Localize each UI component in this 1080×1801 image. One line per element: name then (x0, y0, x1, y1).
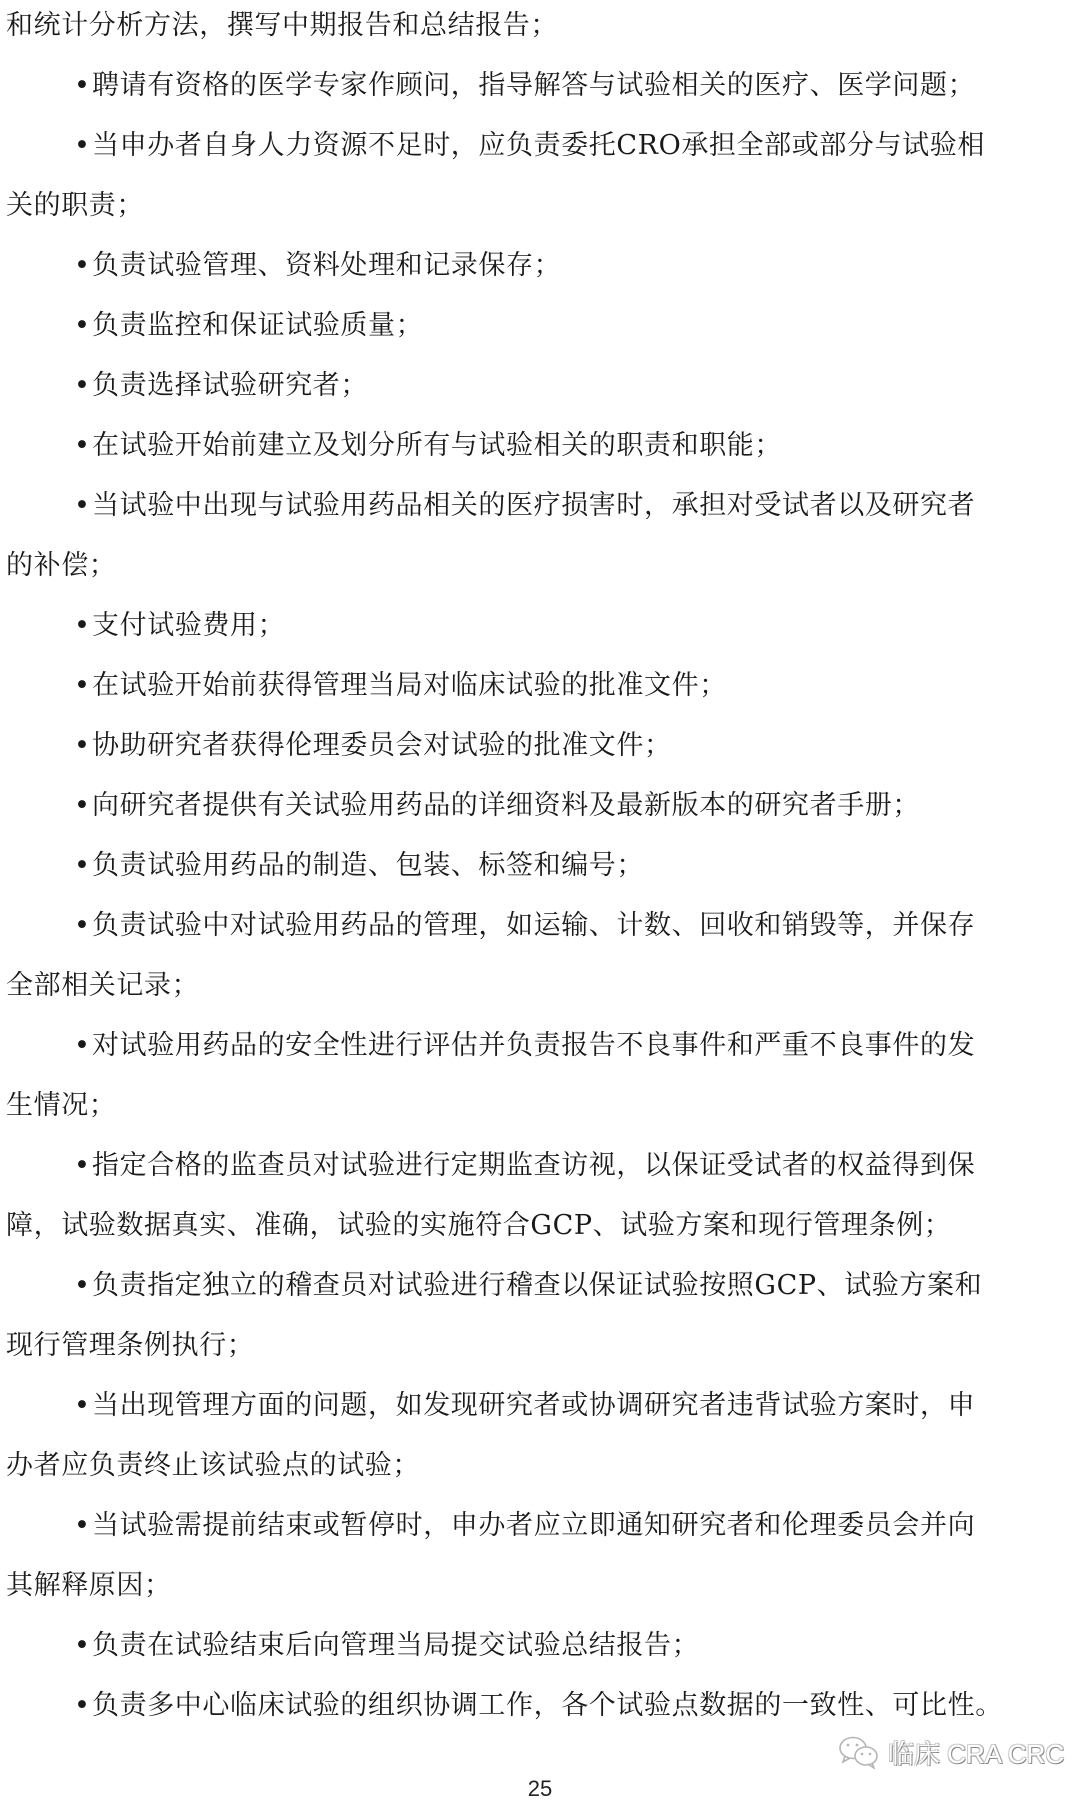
list-item: •协助研究者获得伦理委员会对试验的批准文件； (74, 728, 672, 764)
bullet-icon: • (74, 368, 92, 404)
list-item: •当申办者自身人力资源不足时，应负责委托CRO承担全部或部分与试验相 (74, 128, 985, 164)
line-text: 关的职责； (6, 190, 144, 221)
list-item: •支付试验费用； (74, 608, 285, 644)
list-item: •聘请有资格的医学专家作顾问，指导解答与试验相关的医疗、医学问题； (74, 68, 975, 104)
line-text: 当试验中出现与试验用药品相关的医疗损害时，承担对受试者以及研究者 (92, 490, 975, 521)
line-text: 聘请有资格的医学专家作顾问，指导解答与试验相关的医疗、医学问题； (92, 70, 975, 101)
bullet-icon: • (74, 1688, 92, 1724)
text-line: 障，试验数据真实、准确，试验的实施符合GCP、试验方案和现行管理条例； (6, 1208, 951, 1244)
bullet-icon: • (74, 68, 92, 104)
line-text: 负责多中心临床试验的组织协调工作，各个试验点数据的一致性、可比性。 (92, 1690, 1003, 1721)
line-text: 的补偿； (6, 550, 116, 581)
list-item: •向研究者提供有关试验用药品的详细资料及最新版本的研究者手册； (74, 788, 920, 824)
bullet-icon: • (74, 788, 92, 824)
text-line: 办者应负责终止该试验点的试验； (6, 1448, 420, 1484)
watermark-label: 临床 CRA CRC (888, 1734, 1064, 1771)
line-text: 负责选择试验研究者； (92, 370, 368, 401)
line-text: 指定合格的监查员对试验进行定期监查访视，以保证受试者的权益得到保 (92, 1150, 975, 1181)
wechat-icon (838, 1735, 880, 1769)
line-text: 负责监控和保证试验质量； (92, 310, 423, 341)
text-line: 其解释原因； (6, 1568, 172, 1604)
line-text: 负责指定独立的稽查员对试验进行稽查以保证试验按照GCP、试验方案和 (92, 1270, 982, 1301)
list-item: •负责试验管理、资料处理和记录保存； (74, 248, 561, 284)
list-item: •在试验开始前建立及划分所有与试验相关的职责和职能； (74, 428, 782, 464)
text-line: 现行管理条例执行； (6, 1328, 254, 1364)
line-text: 负责试验中对试验用药品的管理，如运输、计数、回收和销毁等，并保存 (92, 910, 975, 941)
bullet-icon: • (74, 428, 92, 464)
line-text: 负责试验用药品的制造、包装、标签和编号； (92, 850, 644, 881)
line-text: 生情况； (6, 1090, 116, 1121)
document-page: 和统计分析方法，撰写中期报告和总结报告；•聘请有资格的医学专家作顾问，指导解答与… (0, 0, 1080, 1801)
bullet-icon: • (74, 1388, 92, 1424)
bullet-icon: • (74, 728, 92, 764)
text-line: 和统计分析方法，撰写中期报告和总结报告； (6, 8, 558, 44)
bullet-icon: • (74, 1628, 92, 1664)
line-text: 当试验需提前结束或暂停时，申办者应立即通知研究者和伦理委员会并向 (92, 1510, 975, 1541)
list-item: •当试验中出现与试验用药品相关的医疗损害时，承担对受试者以及研究者 (74, 488, 975, 524)
line-text: 障，试验数据真实、准确，试验的实施符合GCP、试验方案和现行管理条例； (6, 1210, 951, 1241)
line-text: 支付试验费用； (92, 610, 285, 641)
line-text: 现行管理条例执行； (6, 1330, 254, 1361)
list-item: •负责选择试验研究者； (74, 368, 368, 404)
bullet-icon: • (74, 248, 92, 284)
line-text: 当出现管理方面的问题，如发现研究者或协调研究者违背试验方案时，申 (92, 1390, 975, 1421)
text-line: 生情况； (6, 1088, 116, 1124)
list-item: •当试验需提前结束或暂停时，申办者应立即通知研究者和伦理委员会并向 (74, 1508, 975, 1544)
list-item: •负责多中心临床试验的组织协调工作，各个试验点数据的一致性、可比性。 (74, 1688, 1003, 1724)
watermark: 临床 CRA CRC (838, 1734, 1064, 1770)
list-item: •负责试验用药品的制造、包装、标签和编号； (74, 848, 644, 884)
line-text: 当申办者自身人力资源不足时，应负责委托CRO承担全部或部分与试验相 (92, 130, 985, 161)
list-item: •负责试验中对试验用药品的管理，如运输、计数、回收和销毁等，并保存 (74, 908, 975, 944)
list-item: •当出现管理方面的问题，如发现研究者或协调研究者违背试验方案时，申 (74, 1388, 975, 1424)
list-item: •对试验用药品的安全性进行评估并负责报告不良事件和严重不良事件的发 (74, 1028, 975, 1064)
bullet-icon: • (74, 668, 92, 704)
line-text: 办者应负责终止该试验点的试验； (6, 1450, 420, 1481)
line-text: 全部相关记录； (6, 970, 199, 1001)
line-text: 协助研究者获得伦理委员会对试验的批准文件； (92, 730, 672, 761)
list-item: •负责指定独立的稽查员对试验进行稽查以保证试验按照GCP、试验方案和 (74, 1268, 982, 1304)
bullet-icon: • (74, 848, 92, 884)
bullet-icon: • (74, 908, 92, 944)
bullet-icon: • (74, 1268, 92, 1304)
bullet-icon: • (74, 488, 92, 524)
list-item: •负责在试验结束后向管理当局提交试验总结报告； (74, 1628, 699, 1664)
list-item: •在试验开始前获得管理当局对临床试验的批准文件； (74, 668, 727, 704)
line-text: 对试验用药品的安全性进行评估并负责报告不良事件和严重不良事件的发 (92, 1030, 975, 1061)
line-text: 其解释原因； (6, 1570, 172, 1601)
bullet-icon: • (74, 308, 92, 344)
text-line: 的补偿； (6, 548, 116, 584)
bullet-icon: • (74, 608, 92, 644)
bullet-icon: • (74, 1028, 92, 1064)
bullet-icon: • (74, 128, 92, 164)
bullet-icon: • (74, 1148, 92, 1184)
line-text: 在试验开始前建立及划分所有与试验相关的职责和职能； (92, 430, 782, 461)
list-item: •负责监控和保证试验质量； (74, 308, 423, 344)
line-text: 负责在试验结束后向管理当局提交试验总结报告； (92, 1630, 699, 1661)
line-text: 向研究者提供有关试验用药品的详细资料及最新版本的研究者手册； (92, 790, 920, 821)
page-number: 25 (0, 1778, 1080, 1800)
line-text: 在试验开始前获得管理当局对临床试验的批准文件； (92, 670, 727, 701)
list-item: •指定合格的监查员对试验进行定期监查访视，以保证受试者的权益得到保 (74, 1148, 975, 1184)
bullet-icon: • (74, 1508, 92, 1544)
line-text: 和统计分析方法，撰写中期报告和总结报告； (6, 10, 558, 41)
line-text: 负责试验管理、资料处理和记录保存； (92, 250, 561, 281)
text-line: 关的职责； (6, 188, 144, 224)
text-line: 全部相关记录； (6, 968, 199, 1004)
